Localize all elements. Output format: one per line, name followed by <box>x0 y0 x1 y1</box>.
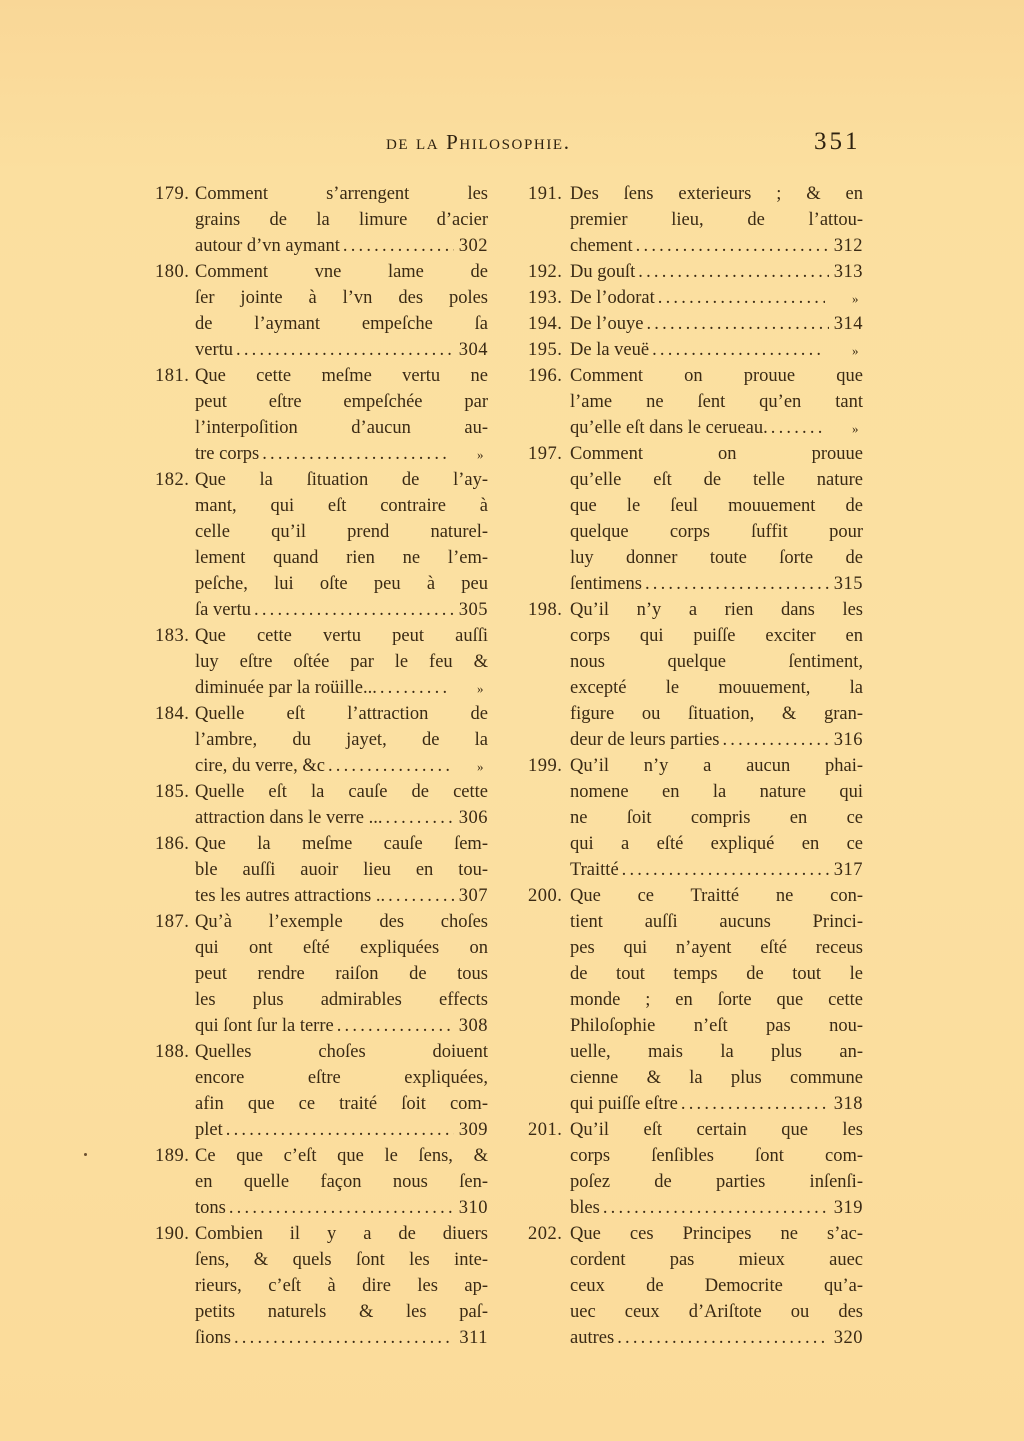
entry-line: monde ; en ſorte que cette <box>570 987 863 1013</box>
entry-text: Comment s’arrengent les <box>195 181 488 207</box>
entry-line: que le ſeul mouuement de <box>570 493 863 519</box>
entry-page-number: 306 <box>458 805 488 831</box>
entry-page-number: » <box>829 338 863 363</box>
entry-text: de l’aymant empeſche ſa <box>195 311 488 337</box>
toc-entry: 193.De l’odorat.........................… <box>528 285 863 311</box>
entry-line: l’interpoſition d’aucun au- <box>195 415 488 441</box>
entry-text: poſez de parties inſenſi- <box>570 1169 863 1195</box>
page-header: de la Philosophie. 351 <box>0 128 1024 162</box>
entry-number: 198. <box>528 597 562 623</box>
entry-line: luy eſtre oſtée par le feu & <box>195 649 488 675</box>
entry-number: 180. <box>155 259 189 285</box>
entry-page-number: 309 <box>458 1117 488 1143</box>
entry-line: les plus admirables effects <box>195 987 488 1013</box>
dot-leader: ........................................… <box>234 1325 454 1351</box>
toc-entry: 194.De l’ouye...........................… <box>528 311 863 337</box>
entry-text: nomene en la nature qui <box>570 779 863 805</box>
entry-line: de tout temps de tout le <box>570 961 863 987</box>
entry-page-number: » <box>454 754 488 779</box>
toc-entry: 198.Qu’il n’y a rien dans lescorps qui p… <box>528 597 863 753</box>
entry-text: grains de la limure d’acier <box>195 207 488 233</box>
entry-line: Qu’il eſt certain que les <box>570 1117 863 1143</box>
toc-entry: 187.Qu’à l’exemple des choſesqui ont eſt… <box>155 909 488 1039</box>
entry-number: 193. <box>528 285 562 311</box>
entry-line: peſche, lui oſte peu à peu <box>195 571 488 597</box>
entry-text: tons <box>195 1195 226 1221</box>
entry-line: Comment vne lame de <box>195 259 488 285</box>
entry-line: peut eſtre empeſchée par <box>195 389 488 415</box>
entry-text: monde ; en ſorte que cette <box>570 987 863 1013</box>
entry-page-number: 317 <box>833 857 863 883</box>
entry-text: l’ame ne ſent qu’en tant <box>570 389 863 415</box>
dot-leader: ........................................… <box>681 1091 829 1117</box>
entry-text: Que cette vertu peut auſſi <box>195 623 488 649</box>
entry-line: Philoſophie n’eſt pas nou- <box>570 1013 863 1039</box>
entry-page-number: 318 <box>833 1091 863 1117</box>
entry-line: ceux de Democrite qu’a- <box>570 1273 863 1299</box>
entry-text: ne ſoit compris en ce <box>570 805 863 831</box>
entry-text: Qu’il eſt certain que les <box>570 1117 863 1143</box>
entry-text: afin que ce traité ſoit com- <box>195 1091 488 1117</box>
toc-entry: 189.Ce que c’eſt que le ſens, &en quelle… <box>155 1143 488 1221</box>
dot-leader: ........................................… <box>652 337 825 363</box>
entry-text: tient auſſi aucuns Princi- <box>570 909 863 935</box>
entry-line: attraction dans le verre ...............… <box>195 805 488 831</box>
entry-number: 201. <box>528 1117 562 1143</box>
entry-page-number: 320 <box>833 1325 863 1351</box>
entry-line: Du gouſt................................… <box>570 259 863 285</box>
toc-entry: 181.Que cette meſme vertu nepeut eſtre e… <box>155 363 488 467</box>
entry-number: 189. <box>155 1143 189 1169</box>
dot-leader: ........................................… <box>262 441 450 467</box>
entry-line: cire, du verre, &c......................… <box>195 753 488 779</box>
entry-line: Que ces Principes ne s’ac- <box>570 1221 863 1247</box>
entry-text: attraction dans le verre ... <box>195 805 382 831</box>
entry-line: qui a eſté expliqué en ce <box>570 831 863 857</box>
entry-text: celle qu’il prend naturel- <box>195 519 488 545</box>
toc-entry: 182.Que la ſituation de l’ay-mant, qui e… <box>155 467 488 623</box>
entry-text: vertu <box>195 337 233 363</box>
entry-text: Qu’à l’exemple des choſes <box>195 909 488 935</box>
entry-line: petits naturels & les paſ- <box>195 1299 488 1325</box>
entry-line: ne ſoit compris en ce <box>570 805 863 831</box>
entry-number: 183. <box>155 623 189 649</box>
entry-number: 191. <box>528 181 562 207</box>
entry-line: tre corps...............................… <box>195 441 488 467</box>
entry-text: en quelle façon nous ſen- <box>195 1169 488 1195</box>
entry-page-number: 311 <box>458 1325 488 1351</box>
entry-text: rieurs, c’eſt à dire les ap- <box>195 1273 488 1299</box>
entry-text: Que la ſituation de l’ay- <box>195 467 488 493</box>
entry-text: Qu’il n’y a rien dans les <box>570 597 863 623</box>
entry-line: Que la meſme cauſe ſem- <box>195 831 488 857</box>
entry-line: pes qui n’ayent eſté receus <box>570 935 863 961</box>
entry-text: excepté le mouuement, la <box>570 675 863 701</box>
entry-page-number: 319 <box>833 1195 863 1221</box>
page-number: 351 <box>814 128 861 156</box>
entry-line: qui puiſſe eſtre........................… <box>570 1091 863 1117</box>
entry-text: mant, qui eſt contraire à <box>195 493 488 519</box>
entry-number: 182. <box>155 467 189 493</box>
toc-entry: 190.Combien il y a de diuersſens, & quel… <box>155 1221 488 1351</box>
entry-line: Comment s’arrengent les <box>195 181 488 207</box>
entry-page-number: 307 <box>458 883 488 909</box>
entry-line: corps qui puiſſe exciter en <box>570 623 863 649</box>
toc-entry: 179.Comment s’arrengent lesgrains de la … <box>155 181 488 259</box>
entry-line: Que la ſituation de l’ay- <box>195 467 488 493</box>
entry-page-number: 302 <box>458 233 488 259</box>
toc-entry: 184.Quelle eſt l’attraction del’ambre, d… <box>155 701 488 779</box>
entry-page-number: » <box>454 442 488 467</box>
dot-leader: ........................................… <box>337 1013 454 1039</box>
entry-line: Comment on prouue <box>570 441 863 467</box>
entry-text: uelle, mais la plus an- <box>570 1039 863 1065</box>
entry-line: deur de leurs parties...................… <box>570 727 863 753</box>
entry-page-number: 308 <box>458 1013 488 1039</box>
entry-line: Quelles choſes doiuent <box>195 1039 488 1065</box>
entry-number: 190. <box>155 1221 189 1247</box>
entry-text: chement <box>570 233 633 259</box>
dot-leader: ........................................… <box>646 311 829 337</box>
entry-page-number: 304 <box>458 337 488 363</box>
entry-text: cienne & la plus commune <box>570 1065 863 1091</box>
entry-line: poſez de parties inſenſi- <box>570 1169 863 1195</box>
entry-page-number: 316 <box>833 727 863 753</box>
toc-entry: 201.Qu’il eſt certain que lescorps ſenſi… <box>528 1117 863 1221</box>
entry-text: Que ces Principes ne s’ac- <box>570 1221 863 1247</box>
entry-line: ſentimens...............................… <box>570 571 863 597</box>
entry-line: Ce que c’eſt que le ſens, & <box>195 1143 488 1169</box>
entry-line: nomene en la nature qui <box>570 779 863 805</box>
entry-text: Comment on prouue <box>570 441 863 467</box>
entry-text: autres <box>570 1325 614 1351</box>
entry-line: afin que ce traité ſoit com- <box>195 1091 488 1117</box>
entry-number: 199. <box>528 753 562 779</box>
entry-number: 200. <box>528 883 562 909</box>
dot-leader: ........................................… <box>229 1195 454 1221</box>
entry-text: Comment on prouue que <box>570 363 863 389</box>
entry-line: autres..................................… <box>570 1325 863 1351</box>
entry-text: ble auſſi auoir lieu en tou- <box>195 857 488 883</box>
entry-line: luy donner toute ſorte de <box>570 545 863 571</box>
entry-text: petits naturels & les paſ- <box>195 1299 488 1325</box>
toc-entry: 200.Que ce Traitté ne con-tient auſſi au… <box>528 883 863 1117</box>
entry-line: lement quand rien ne l’em- <box>195 545 488 571</box>
entry-line: qu’elle eſt dans le cerueau.............… <box>570 415 863 441</box>
toc-entry: 183.Que cette vertu peut auſſiluy eſtre … <box>155 623 488 701</box>
entry-number: 202. <box>528 1221 562 1247</box>
entry-line: Qu’il n’y a aucun phai- <box>570 753 863 779</box>
entry-line: vertu...................................… <box>195 337 488 363</box>
entry-text: ſentimens <box>570 571 642 597</box>
entry-line: cienne & la plus commune <box>570 1065 863 1091</box>
entry-text: qui a eſté expliqué en ce <box>570 831 863 857</box>
dot-leader: ........................................… <box>254 597 454 623</box>
entry-line: l’ambre, du jayet, de la <box>195 727 488 753</box>
entry-text: ceux de Democrite qu’a- <box>570 1273 863 1299</box>
entry-text: Combien il y a de diuers <box>195 1221 488 1247</box>
entry-text: ſens, & quels ſont les inte- <box>195 1247 488 1273</box>
entry-line: De l’odorat.............................… <box>570 285 863 311</box>
toc-entry: 180.Comment vne lame deſer jointe à l’vn… <box>155 259 488 363</box>
entry-line: plet....................................… <box>195 1117 488 1143</box>
entry-line: Que ce Traitté ne con- <box>570 883 863 909</box>
entry-text: l’interpoſition d’aucun au- <box>195 415 488 441</box>
entry-text: ſer jointe à l’vn des poles <box>195 285 488 311</box>
entry-page-number: 314 <box>833 311 863 337</box>
entry-text: cire, du verre, &c <box>195 753 325 779</box>
entry-text: lement quand rien ne l’em- <box>195 545 488 571</box>
entry-text: Qu’il n’y a aucun phai- <box>570 753 863 779</box>
entry-text: nous quelque ſentiment, <box>570 649 863 675</box>
entry-text: figure ou ſituation, & gran- <box>570 701 863 727</box>
entry-number: 192. <box>528 259 562 285</box>
dot-leader: ........................................… <box>236 337 454 363</box>
entry-text: qui puiſſe eſtre <box>570 1091 678 1117</box>
dot-leader: ........................................… <box>385 805 454 831</box>
entry-page-number: » <box>829 416 863 441</box>
dot-leader: ........................................… <box>380 675 450 701</box>
entry-line: Que cette meſme vertu ne <box>195 363 488 389</box>
entry-text: Quelle eſt la cauſe de cette <box>195 779 488 805</box>
toc-entry: 196.Comment on prouue quel’ame ne ſent q… <box>528 363 863 441</box>
entry-line: encore eſtre expliquées, <box>195 1065 488 1091</box>
toc-entry: 186.Que la meſme cauſe ſem-ble auſſi auo… <box>155 831 488 909</box>
entry-page-number: 315 <box>833 571 863 597</box>
entry-text: qu’elle eſt de telle nature <box>570 467 863 493</box>
entry-line: quelque corps ſuffit pour <box>570 519 863 545</box>
entry-line: grains de la limure d’acier <box>195 207 488 233</box>
entry-line: Que cette vertu peut auſſi <box>195 623 488 649</box>
entry-line: Quelle eſt la cauſe de cette <box>195 779 488 805</box>
entry-text: que le ſeul mouuement de <box>570 493 863 519</box>
entry-line: uelle, mais la plus an- <box>570 1039 863 1065</box>
entry-text: de tout temps de tout le <box>570 961 863 987</box>
entry-text: plet <box>195 1117 223 1143</box>
entry-text: peut rendre raiſon de tous <box>195 961 488 987</box>
entry-text: Que la meſme cauſe ſem- <box>195 831 488 857</box>
entry-line: premier lieu, de l’attou- <box>570 207 863 233</box>
entry-line: figure ou ſituation, & gran- <box>570 701 863 727</box>
entry-text: tes les autres attractions .. <box>195 883 385 909</box>
dot-leader: ........................................… <box>617 1325 829 1351</box>
entry-line: Des ſens exterieurs ; & en <box>570 181 863 207</box>
margin-speck <box>84 1153 87 1156</box>
entry-line: ble auſſi auoir lieu en tou- <box>195 857 488 883</box>
dot-leader: ........................................… <box>603 1195 829 1221</box>
entry-text: Des ſens exterieurs ; & en <box>570 181 863 207</box>
running-title: de la Philosophie. <box>386 130 571 155</box>
entry-text: Philoſophie n’eſt pas nou- <box>570 1013 863 1039</box>
entry-text: autour d’vn aymant <box>195 233 340 259</box>
entry-line: autour d’vn aymant......................… <box>195 233 488 259</box>
entry-line: ſer jointe à l’vn des poles <box>195 285 488 311</box>
entry-text: qui ont eſté expliquées on <box>195 935 488 961</box>
entry-line: qu’elle eſt de telle nature <box>570 467 863 493</box>
entry-page-number: » <box>829 286 863 311</box>
entry-text: encore eſtre expliquées, <box>195 1065 488 1091</box>
entry-line: nous quelque ſentiment, <box>570 649 863 675</box>
dot-leader: ........................................… <box>645 571 829 597</box>
entry-line: Combien il y a de diuers <box>195 1221 488 1247</box>
entry-page-number: 305 <box>458 597 488 623</box>
entry-text: De l’ouye <box>570 311 643 337</box>
entry-line: tes les autres attractions .............… <box>195 883 488 909</box>
toc-entry: 185.Quelle eſt la cauſe de cetteattracti… <box>155 779 488 831</box>
dot-leader: ........................................… <box>658 285 825 311</box>
entry-text: corps qui puiſſe exciter en <box>570 623 863 649</box>
entry-text: l’ambre, du jayet, de la <box>195 727 488 753</box>
entry-line: en quelle façon nous ſen- <box>195 1169 488 1195</box>
entry-line: de l’aymant empeſche ſa <box>195 311 488 337</box>
entry-line: corps ſenſibles ſont com- <box>570 1143 863 1169</box>
entry-text: corps ſenſibles ſont com- <box>570 1143 863 1169</box>
entry-line: De l’ouye...............................… <box>570 311 863 337</box>
entry-text: De la veuë <box>570 337 649 363</box>
entry-line: diminuée par la roüille.................… <box>195 675 488 701</box>
toc-entry: 199.Qu’il n’y a aucun phai-nomene en la … <box>528 753 863 883</box>
toc-entry: 188.Quelles choſes doiuentencore eſtre e… <box>155 1039 488 1143</box>
entry-text: bles <box>570 1195 600 1221</box>
toc-entry: 192.Du gouſt............................… <box>528 259 863 285</box>
entry-text: Quelle eſt l’attraction de <box>195 701 488 727</box>
entry-text: Traitté <box>570 857 619 883</box>
entry-line: l’ame ne ſent qu’en tant <box>570 389 863 415</box>
toc-entry: 191.Des ſens exterieurs ; & enpremier li… <box>528 181 863 259</box>
entry-text: peſche, lui oſte peu à peu <box>195 571 488 597</box>
entry-number: 196. <box>528 363 562 389</box>
entry-text: qui ſont ſur la terre <box>195 1013 334 1039</box>
entry-text: luy donner toute ſorte de <box>570 545 863 571</box>
dot-leader: ........................................… <box>328 753 450 779</box>
toc-entry: 202.Que ces Principes ne s’ac-cordent pa… <box>528 1221 863 1351</box>
entry-number: 187. <box>155 909 189 935</box>
entry-line: qui ſont ſur la terre...................… <box>195 1013 488 1039</box>
toc-entry: 195.De la veuë..........................… <box>528 337 863 363</box>
entry-text: qu’elle eſt dans le cerueau. <box>570 415 768 441</box>
entry-line: cordent pas mieux auec <box>570 1247 863 1273</box>
dot-leader: ........................................… <box>622 857 829 883</box>
entry-line: Qu’à l’exemple des choſes <box>195 909 488 935</box>
toc-column-right: 191.Des ſens exterieurs ; & enpremier li… <box>528 181 863 1351</box>
entry-page-number: » <box>454 676 488 701</box>
entry-number: 181. <box>155 363 189 389</box>
dot-leader: ........................................… <box>638 259 829 285</box>
entry-text: uec ceux d’Ariſtote ou des <box>570 1299 863 1325</box>
entry-line: mant, qui eſt contraire à <box>195 493 488 519</box>
entry-line: ſens, & quels ſont les inte- <box>195 1247 488 1273</box>
entry-text: Ce que c’eſt que le ſens, & <box>195 1143 488 1169</box>
entry-line: excepté le mouuement, la <box>570 675 863 701</box>
entry-line: rieurs, c’eſt à dire les ap- <box>195 1273 488 1299</box>
entry-line: Qu’il n’y a rien dans les <box>570 597 863 623</box>
entry-line: qui ont eſté expliquées on <box>195 935 488 961</box>
dot-leader: ........................................… <box>343 233 454 259</box>
dot-leader: ........................................… <box>771 415 825 441</box>
entry-text: peut eſtre empeſchée par <box>195 389 488 415</box>
entry-number: 185. <box>155 779 189 805</box>
entry-text: Comment vne lame de <box>195 259 488 285</box>
entry-text: quelque corps ſuffit pour <box>570 519 863 545</box>
entry-number: 188. <box>155 1039 189 1065</box>
entry-line: bles....................................… <box>570 1195 863 1221</box>
entry-text: luy eſtre oſtée par le feu & <box>195 649 488 675</box>
entry-page-number: 310 <box>458 1195 488 1221</box>
entry-line: Quelle eſt l’attraction de <box>195 701 488 727</box>
entry-text: Quelles choſes doiuent <box>195 1039 488 1065</box>
entry-number: 197. <box>528 441 562 467</box>
entry-line: celle qu’il prend naturel- <box>195 519 488 545</box>
entry-line: chement.................................… <box>570 233 863 259</box>
entry-text: Que cette meſme vertu ne <box>195 363 488 389</box>
entry-text: les plus admirables effects <box>195 987 488 1013</box>
toc-entry: 197.Comment on prouuequ’elle eſt de tell… <box>528 441 863 597</box>
entry-number: 179. <box>155 181 189 207</box>
entry-text: pes qui n’ayent eſté receus <box>570 935 863 961</box>
dot-leader: ........................................… <box>722 727 829 753</box>
entry-number: 186. <box>155 831 189 857</box>
entry-line: Traitté.................................… <box>570 857 863 883</box>
entry-text: deur de leurs parties <box>570 727 719 753</box>
entry-text: Du gouſt <box>570 259 635 285</box>
dot-leader: ........................................… <box>636 233 829 259</box>
entry-line: Comment on prouue que <box>570 363 863 389</box>
entry-text: cordent pas mieux auec <box>570 1247 863 1273</box>
entry-page-number: 313 <box>833 259 863 285</box>
toc-column-left: 179.Comment s’arrengent lesgrains de la … <box>155 181 488 1351</box>
entry-line: tons....................................… <box>195 1195 488 1221</box>
entry-line: tient auſſi aucuns Princi- <box>570 909 863 935</box>
entry-text: ſions <box>195 1325 231 1351</box>
entry-line: ſa vertu................................… <box>195 597 488 623</box>
entry-line: De la veuë..............................… <box>570 337 863 363</box>
dot-leader: ........................................… <box>226 1117 454 1143</box>
entry-line: ſions...................................… <box>195 1325 488 1351</box>
entry-text: tre corps <box>195 441 259 467</box>
entry-text: Que ce Traitté ne con- <box>570 883 863 909</box>
entry-line: peut rendre raiſon de tous <box>195 961 488 987</box>
entry-number: 184. <box>155 701 189 727</box>
entry-text: ſa vertu <box>195 597 251 623</box>
entry-text: De l’odorat <box>570 285 655 311</box>
entry-page-number: 312 <box>833 233 863 259</box>
entry-text: premier lieu, de l’attou- <box>570 207 863 233</box>
entry-number: 194. <box>528 311 562 337</box>
entry-number: 195. <box>528 337 562 363</box>
dot-leader: ........................................… <box>388 883 454 909</box>
entry-text: diminuée par la roüille... <box>195 675 377 701</box>
entry-line: uec ceux d’Ariſtote ou des <box>570 1299 863 1325</box>
